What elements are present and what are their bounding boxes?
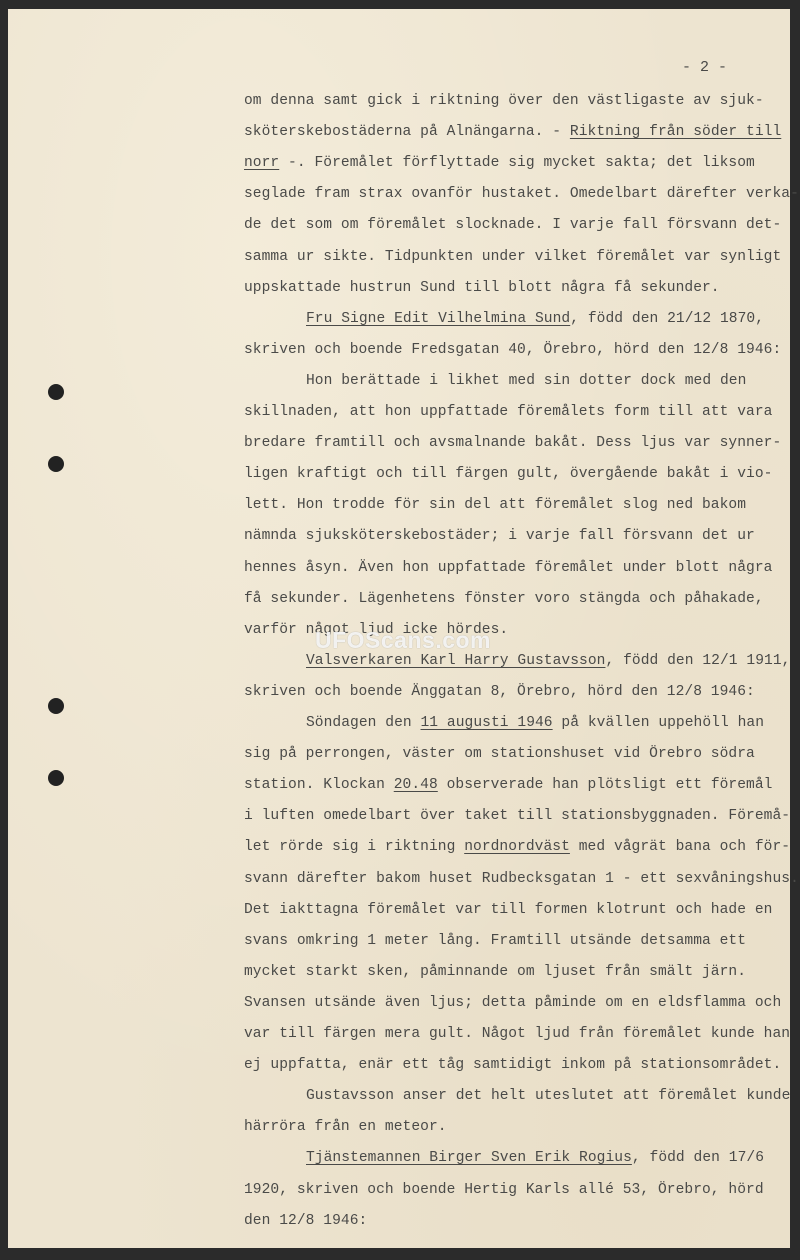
text-line: Gustavsson anser det helt uteslutet att … — [306, 1087, 790, 1105]
underlined-text: 20.48 — [394, 777, 438, 793]
line-text: 1920, skriven och boende Hertig Karls al… — [244, 1182, 764, 1198]
line-text: samma ur sikte. Tidpunkten under vilket … — [244, 249, 781, 265]
line-text: Det iakttagna föremålet var till formen … — [244, 902, 772, 918]
text-line: norr -. Föremålet förflyttade sig mycket… — [244, 154, 755, 172]
text-line: Tjänstemannen Birger Sven Erik Rogius, f… — [306, 1149, 764, 1167]
line-text: på kvällen uppehöll han — [553, 715, 764, 731]
line-text: Söndagen den — [306, 715, 421, 731]
text-line: skriven och boende Änggatan 8, Örebro, h… — [244, 683, 755, 701]
line-text: observerade han plötsligt ett föremål — [438, 777, 773, 793]
text-line: ligen kraftigt och till färgen gult, öve… — [244, 465, 772, 483]
line-text: uppskattade hustrun Sund till blott någr… — [244, 280, 720, 296]
text-line: samma ur sikte. Tidpunkten under vilket … — [244, 248, 781, 266]
text-line: de det som om föremålet slocknade. I var… — [244, 216, 781, 234]
line-text: bredare framtill och avsmalnande bakåt. … — [244, 435, 781, 451]
text-line: lett. Hon trodde för sin del att föremål… — [244, 496, 746, 514]
text-line: hennes åsyn. Även hon uppfattade föremål… — [244, 559, 772, 577]
underlined-text: 11 augusti 1946 — [421, 715, 553, 731]
line-text: härröra från en meteor. — [244, 1119, 447, 1135]
text-line: 1920, skriven och boende Hertig Karls al… — [244, 1181, 764, 1199]
text-line: om denna samt gick i riktning över den v… — [244, 92, 764, 110]
line-text: få sekunder. Lägenhetens fönster voro st… — [244, 591, 764, 607]
text-line: få sekunder. Lägenhetens fönster voro st… — [244, 590, 764, 608]
text-line: Valsverkaren Karl Harry Gustavsson, född… — [306, 652, 790, 670]
text-line: bredare framtill och avsmalnande bakåt. … — [244, 434, 781, 452]
text-line: Söndagen den 11 augusti 1946 på kvällen … — [306, 714, 764, 732]
line-text: skriven och boende Änggatan 8, Örebro, h… — [244, 684, 755, 700]
line-text: om denna samt gick i riktning över den v… — [244, 93, 764, 109]
text-line: skillnaden, att hon uppfattade föremålet… — [244, 403, 772, 421]
text-line: härröra från en meteor. — [244, 1118, 447, 1136]
underlined-text: Valsverkaren Karl Harry Gustavsson — [306, 653, 605, 669]
underlined-text: nordnordväst — [464, 839, 570, 855]
punch-hole — [48, 384, 64, 400]
text-line: mycket starkt sken, påminnande om ljuset… — [244, 963, 746, 981]
text-line: svans omkring 1 meter lång. Framtill uts… — [244, 932, 746, 950]
text-line: uppskattade hustrun Sund till blott någr… — [244, 279, 720, 297]
underlined-text: Fru Signe Edit Vilhelmina Sund — [306, 311, 570, 327]
line-text: Gustavsson anser det helt uteslutet att … — [306, 1088, 790, 1104]
line-text: svans omkring 1 meter lång. Framtill uts… — [244, 933, 746, 949]
line-text: ej uppfatta, enär ett tåg samtidigt inko… — [244, 1057, 781, 1073]
watermark: UFOScans.com — [315, 627, 491, 654]
line-text: i luften omedelbart över taket till stat… — [244, 808, 790, 824]
text-line: sköterskebostäderna på Alnängarna. - Rik… — [244, 123, 781, 141]
line-text: de det som om föremålet slocknade. I var… — [244, 217, 781, 233]
line-text: Svansen utsände även ljus; detta påminde… — [244, 995, 781, 1011]
punch-hole — [48, 770, 64, 786]
line-text: skriven och boende Fredsgatan 40, Örebro… — [244, 342, 781, 358]
text-line: Hon berättade i likhet med sin dotter do… — [306, 372, 746, 390]
underlined-text: norr — [244, 155, 279, 171]
line-text: -. Föremålet förflyttade sig mycket sakt… — [279, 155, 755, 171]
line-text: sköterskebostäderna på Alnängarna. - — [244, 124, 570, 140]
line-text: let rörde sig i riktning — [244, 839, 464, 855]
text-line: skriven och boende Fredsgatan 40, Örebro… — [244, 341, 781, 359]
text-line: Det iakttagna föremålet var till formen … — [244, 901, 772, 919]
text-line: Fru Signe Edit Vilhelmina Sund, född den… — [306, 310, 764, 328]
text-line: var till färgen mera gult. Något ljud fr… — [244, 1025, 790, 1043]
document-page: - 2 - om denna samt gick i riktning över… — [8, 9, 790, 1248]
line-text: seglade fram strax ovanför hustaket. Ome… — [244, 186, 799, 202]
line-text: sig på perrongen, väster om stationshuse… — [244, 746, 755, 762]
line-text: lett. Hon trodde för sin del att föremål… — [244, 497, 746, 513]
line-text: hennes åsyn. Även hon uppfattade föremål… — [244, 560, 772, 576]
text-line: nämnda sjuksköterskebostäder; i varje fa… — [244, 527, 755, 545]
line-text: var till färgen mera gult. Något ljud fr… — [244, 1026, 790, 1042]
text-line: seglade fram strax ovanför hustaket. Ome… — [244, 185, 799, 203]
text-line: den 12/8 1946: — [244, 1212, 367, 1230]
underlined-text: Riktning från söder till — [570, 124, 781, 140]
text-line: ej uppfatta, enär ett tåg samtidigt inko… — [244, 1056, 781, 1074]
line-text: skillnaden, att hon uppfattade föremålet… — [244, 404, 772, 420]
line-text: , född den 12/1 1911, — [605, 653, 790, 669]
line-text: station. Klockan — [244, 777, 394, 793]
punch-hole — [48, 456, 64, 472]
text-line: sig på perrongen, väster om stationshuse… — [244, 745, 755, 763]
underlined-text: Tjänstemannen Birger Sven Erik Rogius — [306, 1150, 632, 1166]
line-text: nämnda sjuksköterskebostäder; i varje fa… — [244, 528, 755, 544]
line-text: den 12/8 1946: — [244, 1213, 367, 1229]
line-text: Hon berättade i likhet med sin dotter do… — [306, 373, 746, 389]
line-text: svann därefter bakom huset Rudbecksgatan… — [244, 871, 799, 887]
text-line: i luften omedelbart över taket till stat… — [244, 807, 790, 825]
line-text: med vågrät bana och för- — [570, 839, 790, 855]
line-text: mycket starkt sken, påminnande om ljuset… — [244, 964, 746, 980]
text-line: let rörde sig i riktning nordnordväst me… — [244, 838, 790, 856]
line-text: , född den 21/12 1870, — [570, 311, 764, 327]
punch-hole — [48, 698, 64, 714]
text-line: station. Klockan 20.48 observerade han p… — [244, 776, 772, 794]
line-text: ligen kraftigt och till färgen gult, öve… — [244, 466, 772, 482]
line-text: , född den 17/6 — [632, 1150, 764, 1166]
text-line: Svansen utsände även ljus; detta påminde… — [244, 994, 781, 1012]
page-number: - 2 - — [682, 59, 727, 76]
text-line: svann därefter bakom huset Rudbecksgatan… — [244, 870, 799, 888]
